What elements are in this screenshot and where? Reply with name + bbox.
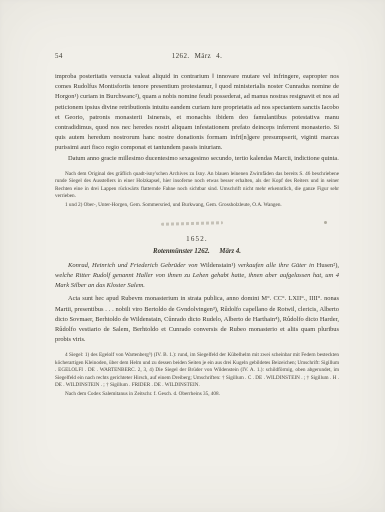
- footnote-provenance: Nach dem Original des gräflich quadt-isn…: [55, 171, 339, 201]
- running-head: 1262. März 4.: [55, 52, 339, 60]
- entry-number: 1652.: [55, 235, 339, 243]
- entry-heading-date: März 4.: [219, 248, 241, 255]
- footnote-seals: 4 Siegel: 1) des Egelolf von Wartenberg⁵…: [55, 352, 339, 390]
- regest-name-husen: Husen²): [317, 262, 338, 269]
- charter-body-latin: improba posteritatis versucia valeat ali…: [55, 72, 339, 154]
- pencil-scribble-mark: [161, 222, 223, 227]
- regest-paragraph: Konrad, Heinrich und Friederich Gebrüder…: [55, 261, 339, 291]
- regest-segment: verkaufen alle ihre Güter in: [235, 262, 316, 269]
- text-block: 54 1262. März 4. improba posteritatis ve…: [55, 52, 339, 398]
- scanned-book-page: 54 1262. März 4. improba posteritatis ve…: [0, 0, 385, 512]
- acta-paragraph-latin: Acta sunt hec apud Rubevm monasterium in…: [55, 294, 339, 345]
- page-header: 54 1262. März 4.: [55, 52, 339, 64]
- entry-heading-place-year: Rotenmünster 1262.: [153, 248, 210, 255]
- scan-speck: [324, 221, 327, 224]
- footnote-places: 1 und 2) Ober-, Unter-Horgen, Gem. Somme…: [55, 202, 339, 210]
- regest-name-wildenstain: Wildenstain¹): [200, 262, 235, 269]
- charter-datum-line: Datum anno gracie millesimo ducentesimo …: [55, 154, 339, 164]
- regest-segment: Konrad, Heinrich und Friederich Gebrüder…: [68, 262, 200, 269]
- scan-artifact: [55, 219, 339, 229]
- footnote-source: Nach dem Codex Salemitanus in Zeitschr. …: [55, 391, 339, 399]
- entry-heading: Rotenmünster 1262. März 4.: [55, 248, 339, 255]
